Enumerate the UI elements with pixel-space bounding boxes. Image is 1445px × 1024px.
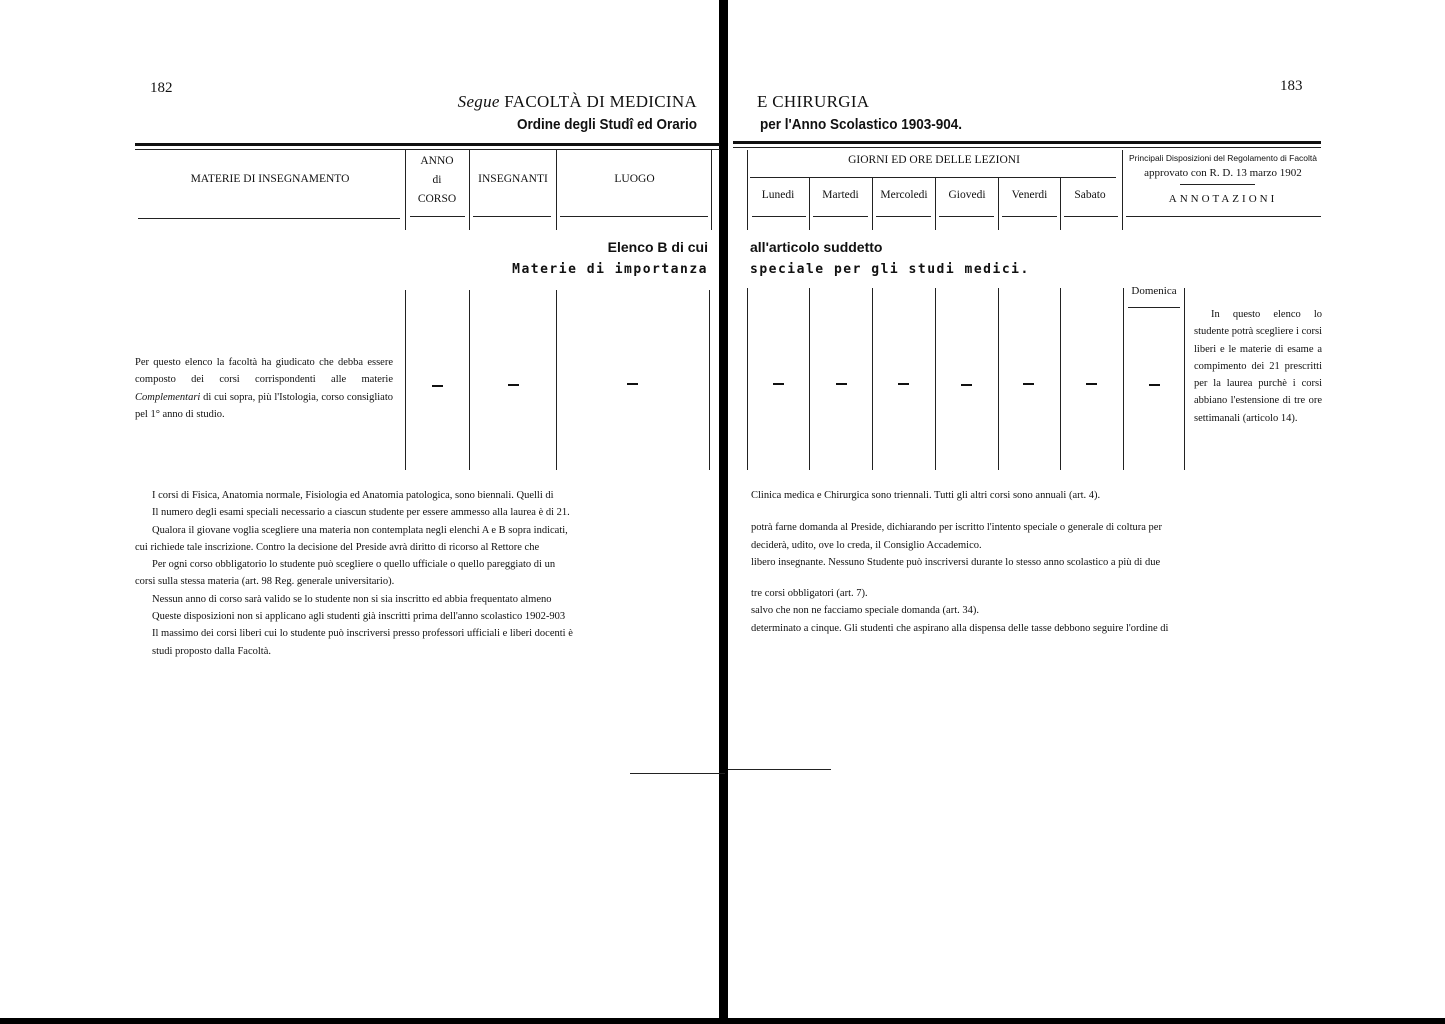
cell-martedi-empty <box>836 383 847 385</box>
book-spine-divider <box>719 0 728 1024</box>
day-header-domenica: Domenica <box>1124 285 1184 297</box>
day-header-giovedi: Giovedi <box>936 186 998 205</box>
note-line: Queste disposizioni non si applicano agl… <box>135 608 711 625</box>
note-line: determinato a cinque. Gli studenti che a… <box>751 620 1326 637</box>
notes-right: Clinica medica e Chirurgica sono trienna… <box>751 487 1326 637</box>
cell-insegnanti-empty <box>508 384 519 386</box>
regulation-approval: approvato con R. D. 13 marzo 1902 <box>1123 167 1323 179</box>
cell-lunedi-empty <box>773 383 784 385</box>
annotation-text: In questo elenco lo studente potrà scegl… <box>1194 306 1322 427</box>
note-line: tre corsi obbligatori (art. 7). <box>751 571 1326 602</box>
note-line: Qualora il giovane voglia scegliere una … <box>135 522 711 539</box>
day-header-sabato: Sabato <box>1061 186 1119 205</box>
day-header-venerdi: Venerdi <box>999 186 1060 205</box>
note-line: Per ogni corso obbligatorio lo studente … <box>135 556 711 573</box>
cell-mercoledi-empty <box>898 383 909 385</box>
footer-rule-right <box>728 769 831 770</box>
scan-bottom-edge <box>0 1018 1445 1024</box>
page-subtitle-right: per l'Anno Scolastico 1903-904. <box>760 116 962 133</box>
section-subheading-left: Materie di importanza <box>512 262 708 277</box>
section-subheading-right: speciale per gli studi medici. <box>750 262 1030 277</box>
note-line: Nessun anno di corso sarà valido se lo s… <box>135 591 711 608</box>
header-rule-thin <box>733 147 1321 148</box>
annotations-header: ANNOTAZIONI <box>1123 193 1323 205</box>
section-heading-right: all'articolo suddetto <box>750 239 882 255</box>
note-line: Clinica medica e Chirurgica sono trienna… <box>751 487 1326 504</box>
col-header-luogo: LUOGO <box>557 170 712 189</box>
cell-luogo-empty <box>627 383 638 385</box>
note-line <box>751 504 1326 519</box>
note-line: deciderà, udito, ove lo creda, il Consig… <box>751 537 1326 554</box>
note-line: cui richiede tale inscrizione. Contro la… <box>135 539 711 556</box>
col-header-anno: ANNO di CORSO <box>406 152 468 209</box>
day-header-lunedi: Lunedi <box>748 186 808 205</box>
day-header-mercoledi: Mercoledi <box>873 186 935 205</box>
note-line: salvo che non ne facciamo speciale doman… <box>751 602 1326 619</box>
day-header-martedi: Martedi <box>810 186 871 205</box>
table-row-description: Per questo elenco la facoltà ha giudicat… <box>135 354 393 423</box>
note-line: libero insegnante. Nessuno Studente può … <box>751 554 1326 571</box>
schedule-header: GIORNI ED ORE DELLE LEZIONI <box>748 151 1120 170</box>
cell-giovedi-empty <box>961 384 972 386</box>
note-line: Il numero degli esami speciali necessari… <box>135 504 711 521</box>
page-title-left: Segue FACOLTÀ DI MEDICINA <box>458 92 697 112</box>
note-line: Il massimo dei corsi liberi cui lo stude… <box>135 625 711 642</box>
page-number-right: 183 <box>1280 78 1303 95</box>
page-subtitle-left: Ordine degli Studî ed Orario <box>517 116 697 133</box>
note-line: corsi sulla stessa materia (art. 98 Reg.… <box>135 573 711 590</box>
cell-domenica-empty <box>1149 384 1160 386</box>
note-line: studi proposto dalla Facoltà. <box>135 643 711 660</box>
regulation-header: Principali Disposizioni del Regolamento … <box>1123 151 1323 166</box>
header-rule-thin <box>135 149 720 150</box>
cell-venerdi-empty <box>1023 383 1034 385</box>
section-heading-left: Elenco B di cui <box>608 239 708 255</box>
col-header-insegnanti: INSEGNANTI <box>470 170 556 189</box>
title-text: FACOLTÀ DI MEDICINA <box>504 92 697 111</box>
col-header-materie: MATERIE DI INSEGNAMENTO <box>135 170 405 189</box>
header-rule <box>733 141 1321 144</box>
page-number-left: 182 <box>150 80 173 97</box>
title-italic: Segue <box>458 92 500 111</box>
note-line: I corsi di Fisica, Anatomia normale, Fis… <box>135 487 711 504</box>
cell-sabato-empty <box>1086 383 1097 385</box>
footer-rule-left <box>630 773 725 774</box>
header-rule <box>135 143 720 146</box>
notes-left: I corsi di Fisica, Anatomia normale, Fis… <box>135 487 711 660</box>
page-title-right: E CHIRURGIA <box>757 92 869 112</box>
note-line: potrà farne domanda al Preside, dichiara… <box>751 519 1326 536</box>
cell-anno-empty <box>432 385 443 387</box>
